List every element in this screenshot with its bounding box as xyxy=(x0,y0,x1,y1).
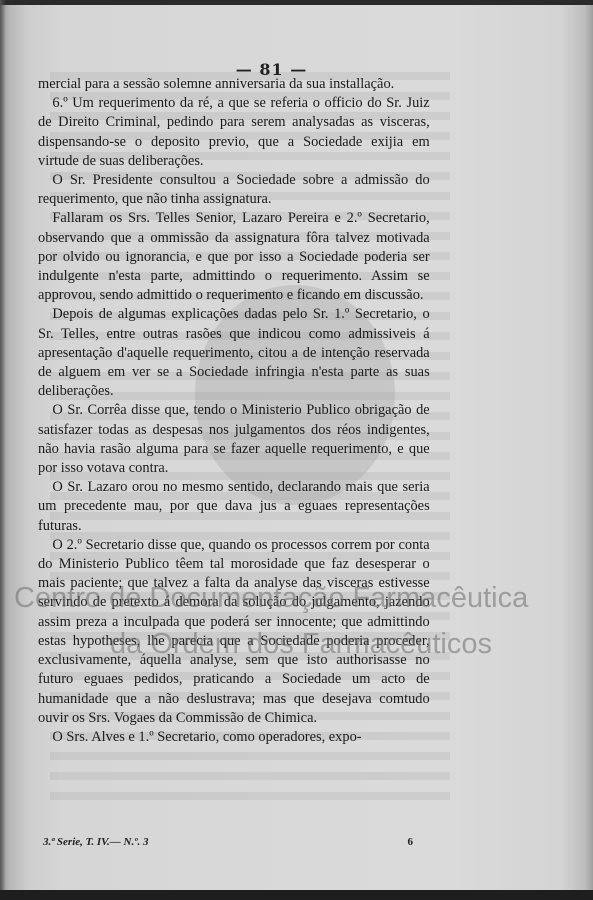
paragraph: O Srs. Alves e 1.º Secretario, como oper… xyxy=(38,728,430,747)
paragraph: mercial para a sessão solemne anniversar… xyxy=(38,75,430,94)
paragraph: O Sr. Lazaro orou no mesmo sentido, decl… xyxy=(38,478,430,536)
scanned-page: — 81 — mercial para a sessão solemne ann… xyxy=(0,0,593,890)
page-footer: 3.ª Serie, T. IV.— N.º. 3 6 xyxy=(43,836,413,848)
top-scan-edge xyxy=(0,0,593,5)
paragraph: O 2.º Secretario disse que, quando os pr… xyxy=(38,536,430,728)
paragraph: Depois de algumas explicações dadas pelo… xyxy=(38,305,430,401)
paragraph: 6.º Um requerimento da ré, a que se refe… xyxy=(38,94,430,171)
body-text: mercial para a sessão solemne anniversar… xyxy=(38,75,430,747)
binding-shadow xyxy=(0,0,6,890)
bottom-scan-edge xyxy=(0,890,593,900)
paragraph: O Sr. Presidente consultou a Sociedade s… xyxy=(38,171,430,209)
paragraph: O Sr. Corrêa disse que, tendo o Minister… xyxy=(38,401,430,478)
sheet-number: 6 xyxy=(408,836,414,848)
paragraph: Fallaram os Srs. Telles Senior, Lazaro P… xyxy=(38,209,430,305)
signature-mark: 3.ª Serie, T. IV.— N.º. 3 xyxy=(43,836,149,848)
